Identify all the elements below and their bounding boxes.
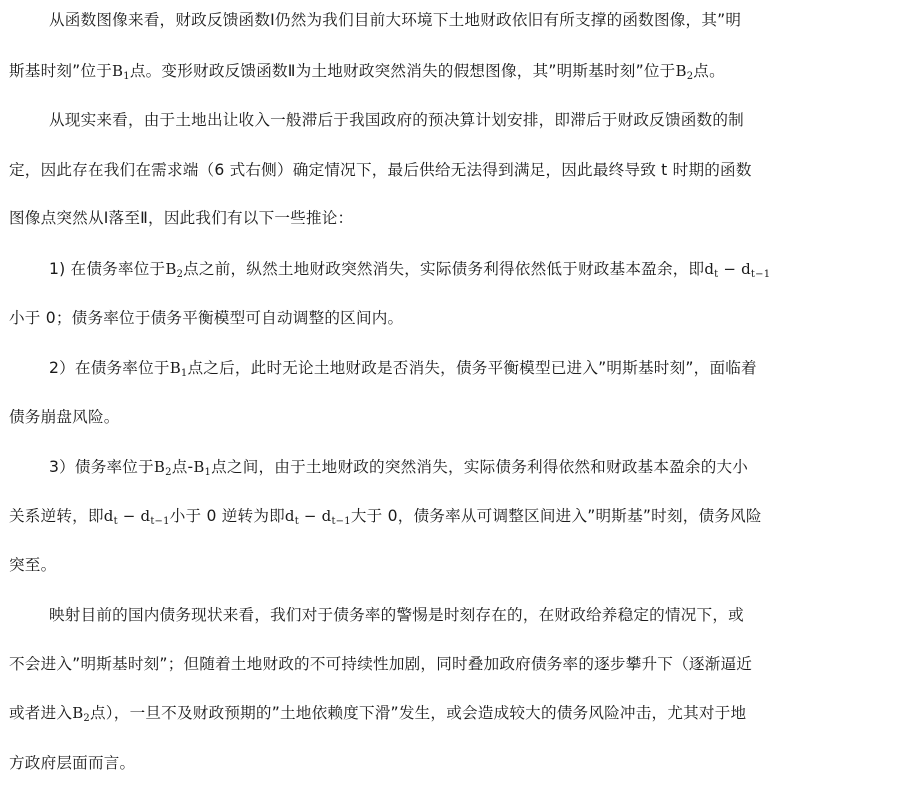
math-dt-minus-dt1: dt − dt−1 bbox=[104, 507, 170, 525]
paragraph-1-line-1: 从函数图像来看，财政反馈函数Ⅰ仍然为我们目前大环境下土地财政依旧有所支撑的函数图… bbox=[49, 5, 741, 35]
text: 小于 0；债务率位于债务平衡模型可自动调整的区间内。 bbox=[9, 309, 403, 327]
math-b2: B2 bbox=[165, 260, 183, 278]
math-b2: B2 bbox=[72, 704, 90, 722]
text: 点），一旦不及财政预期的”土地依赖度下滑”发生，或会造成较大的债务风险冲击，尤其… bbox=[90, 704, 746, 722]
math-b2: B2 bbox=[675, 62, 693, 80]
paragraph-4-line-2: 债务崩盘风险。 bbox=[9, 402, 120, 432]
paragraph-6-line-3: 或者进入B2点），一旦不及财政预期的”土地依赖度下滑”发生，或会造成较大的债务风… bbox=[9, 698, 746, 728]
text: 点- bbox=[172, 458, 194, 476]
text: 2）在债务率位于 bbox=[49, 359, 170, 377]
paragraph-6-line-2: 不会进入”明斯基时刻”；但随着土地财政的不可持续性加剧，同时叠加政府债务率的逐步… bbox=[9, 649, 752, 679]
text: 点之后，此时无论土地财政是否消失，债务平衡模型已进入”明斯基时刻”，面临着 bbox=[187, 359, 756, 377]
text: 1) 在债务率位于 bbox=[49, 260, 165, 278]
paragraph-3-line-2: 小于 0；债务率位于债务平衡模型可自动调整的区间内。 bbox=[9, 303, 403, 333]
text: 斯基时刻”位于 bbox=[9, 62, 112, 80]
math-b1: B1 bbox=[170, 359, 188, 377]
text: 方政府层面而言。 bbox=[9, 754, 135, 772]
math-b2: B2 bbox=[154, 458, 172, 476]
paragraph-5-line-2: 关系逆转，即dt − dt−1小于 0 逆转为即dt − dt−1大于 0，债务… bbox=[9, 501, 762, 531]
math-dt-minus-dt1: dt − dt−1 bbox=[704, 260, 770, 278]
text: 小于 0 逆转为即 bbox=[170, 507, 285, 525]
paragraph-2-line-3: 图像点突然从Ⅰ落至Ⅱ，因此我们有以下一些推论： bbox=[9, 203, 353, 233]
text: 点之前，纵然土地财政突然消失，实际债务利得依然低于财政基本盈余，即 bbox=[183, 260, 704, 278]
paragraph-5-line-1: 3）债务率位于B2点-B1点之间，由于土地财政的突然消失，实际债务利得依然和财政… bbox=[49, 452, 748, 482]
paragraph-2-line-1: 从现实来看，由于土地出让收入一般滞后于我国政府的预决算计划安排，即滞后于财政反馈… bbox=[49, 105, 744, 135]
text: 映射目前的国内债务现状来看，我们对于债务率的警惕是时刻存在的，在财政给养稳定的情… bbox=[49, 606, 744, 624]
paragraph-5-line-3: 突至。 bbox=[9, 550, 56, 580]
text: 点之间，由于土地财政的突然消失，实际债务利得依然和财政基本盈余的大小 bbox=[211, 458, 748, 476]
text: 从函数图像来看，财政反馈函数Ⅰ仍然为我们目前大环境下土地财政依旧有所支撑的函数图… bbox=[49, 11, 741, 29]
math-dt-minus-dt1: dt − dt−1 bbox=[285, 507, 351, 525]
text: 不会进入”明斯基时刻”；但随着土地财政的不可持续性加剧，同时叠加政府债务率的逐步… bbox=[9, 655, 752, 673]
paragraph-4-line-1: 2）在债务率位于B1点之后，此时无论土地财政是否消失，债务平衡模型已进入”明斯基… bbox=[49, 353, 757, 383]
paragraph-1-line-2: 斯基时刻”位于B1点。变形财政反馈函数Ⅱ为土地财政突然消失的假想图像，其”明斯基… bbox=[9, 56, 725, 86]
paragraph-6-line-1: 映射目前的国内债务现状来看，我们对于债务率的警惕是时刻存在的，在财政给养稳定的情… bbox=[49, 600, 744, 630]
text: 从现实来看，由于土地出让收入一般滞后于我国政府的预决算计划安排，即滞后于财政反馈… bbox=[49, 111, 744, 129]
text: 定，因此存在我们在需求端（6 式右侧）确定情况下，最后供给无法得到满足，因此最终… bbox=[9, 161, 752, 179]
math-b1: B1 bbox=[193, 458, 211, 476]
text: 点。变形财政反馈函数Ⅱ为土地财政突然消失的假想图像，其”明斯基时刻”位于 bbox=[130, 62, 676, 80]
text: 关系逆转，即 bbox=[9, 507, 104, 525]
text: 突至。 bbox=[9, 556, 56, 574]
math-b1: B1 bbox=[112, 62, 130, 80]
paragraph-2-line-2: 定，因此存在我们在需求端（6 式右侧）确定情况下，最后供给无法得到满足，因此最终… bbox=[9, 155, 752, 185]
text: 或者进入 bbox=[9, 704, 72, 722]
text: 债务崩盘风险。 bbox=[9, 408, 120, 426]
text: 3）债务率位于 bbox=[49, 458, 154, 476]
text: 图像点突然从Ⅰ落至Ⅱ，因此我们有以下一些推论： bbox=[9, 209, 353, 227]
text: 大于 0，债务率从可调整区间进入”明斯基”时刻，债务风险 bbox=[351, 507, 762, 525]
paragraph-6-line-4: 方政府层面而言。 bbox=[9, 748, 135, 778]
text: 点。 bbox=[693, 62, 725, 80]
paragraph-3-line-1: 1) 在债务率位于B2点之前，纵然土地财政突然消失，实际债务利得依然低于财政基本… bbox=[49, 254, 770, 284]
